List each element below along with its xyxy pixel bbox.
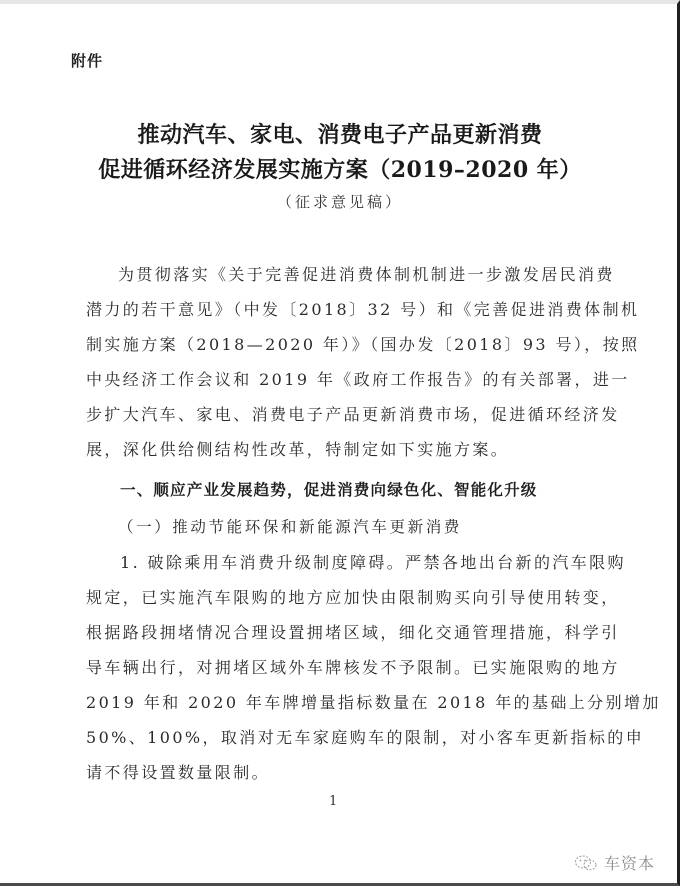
- document-title-line-1: 推动汽车、家电、消费电子产品更新消费: [0, 118, 680, 149]
- section-heading-1: 一、顺应产业发展趋势，促进消费向绿色化、智能化升级: [120, 478, 538, 500]
- intro-line-4: 中央经济工作会议和 2019 年《政府工作报告》的有关部署，进一: [86, 367, 630, 390]
- item-1-line-1: 1. 破除乘用车消费升级制度障碍。严禁各地出台新的汽车限购: [120, 550, 626, 573]
- item-1-line-3: 根据路段拥堵情况合理设置拥堵区域，细化交通管理措施，科学引: [86, 620, 620, 643]
- subsection-heading-1: （一）推动节能环保和新能源汽车更新消费: [118, 515, 462, 537]
- document-subtitle: （征求意见稿）: [0, 191, 680, 212]
- document-page: 附件 推动汽车、家电、消费电子产品更新消费 促进循环经济发展实施方案（2019–…: [0, 0, 680, 886]
- intro-line-3: 制实施方案（2018—2020 年）》（国办发〔2018〕93 号），按照: [86, 332, 640, 355]
- document-title-line-2: 促进循环经济发展实施方案（2019–2020 年）: [0, 153, 680, 184]
- watermark-label: 车资本: [604, 851, 655, 874]
- item-1-line-2: 规定，已实施汽车限购的地方应加快由限制购买向引导使用转变，: [86, 585, 620, 608]
- intro-line-6: 展，深化供给侧结构性改革，特制定如下实施方案。: [86, 437, 509, 460]
- intro-line-5: 步扩大汽车、家电、消费电子产品更新消费市场，促进循环经济发: [86, 402, 620, 425]
- watermark: 车资本: [574, 851, 655, 874]
- item-1-line-7: 请不得设置数量限制。: [86, 760, 270, 783]
- intro-line-2: 潜力的若干意见》（中发〔2018〕32 号）和《完善促进消费体制机: [86, 297, 639, 320]
- attachment-label: 附件: [71, 50, 103, 71]
- item-1-line-4: 导车辆出行，对拥堵区域外车牌核发不予限制。已实施限购的地方: [86, 655, 620, 678]
- item-1-line-6: 50%、100%，取消对无车家庭购车的限制，对小客车更新指标的申: [86, 725, 644, 748]
- item-1-line-5: 2019 年和 2020 年车牌增量指标数量在 2018 年的基础上分别增加: [86, 690, 661, 713]
- page-number: 1: [329, 794, 337, 809]
- wechat-logo-icon: [574, 854, 598, 872]
- intro-line-1: 为贯彻落实《关于完善促进消费体制机制进一步激发居民消费: [118, 262, 615, 285]
